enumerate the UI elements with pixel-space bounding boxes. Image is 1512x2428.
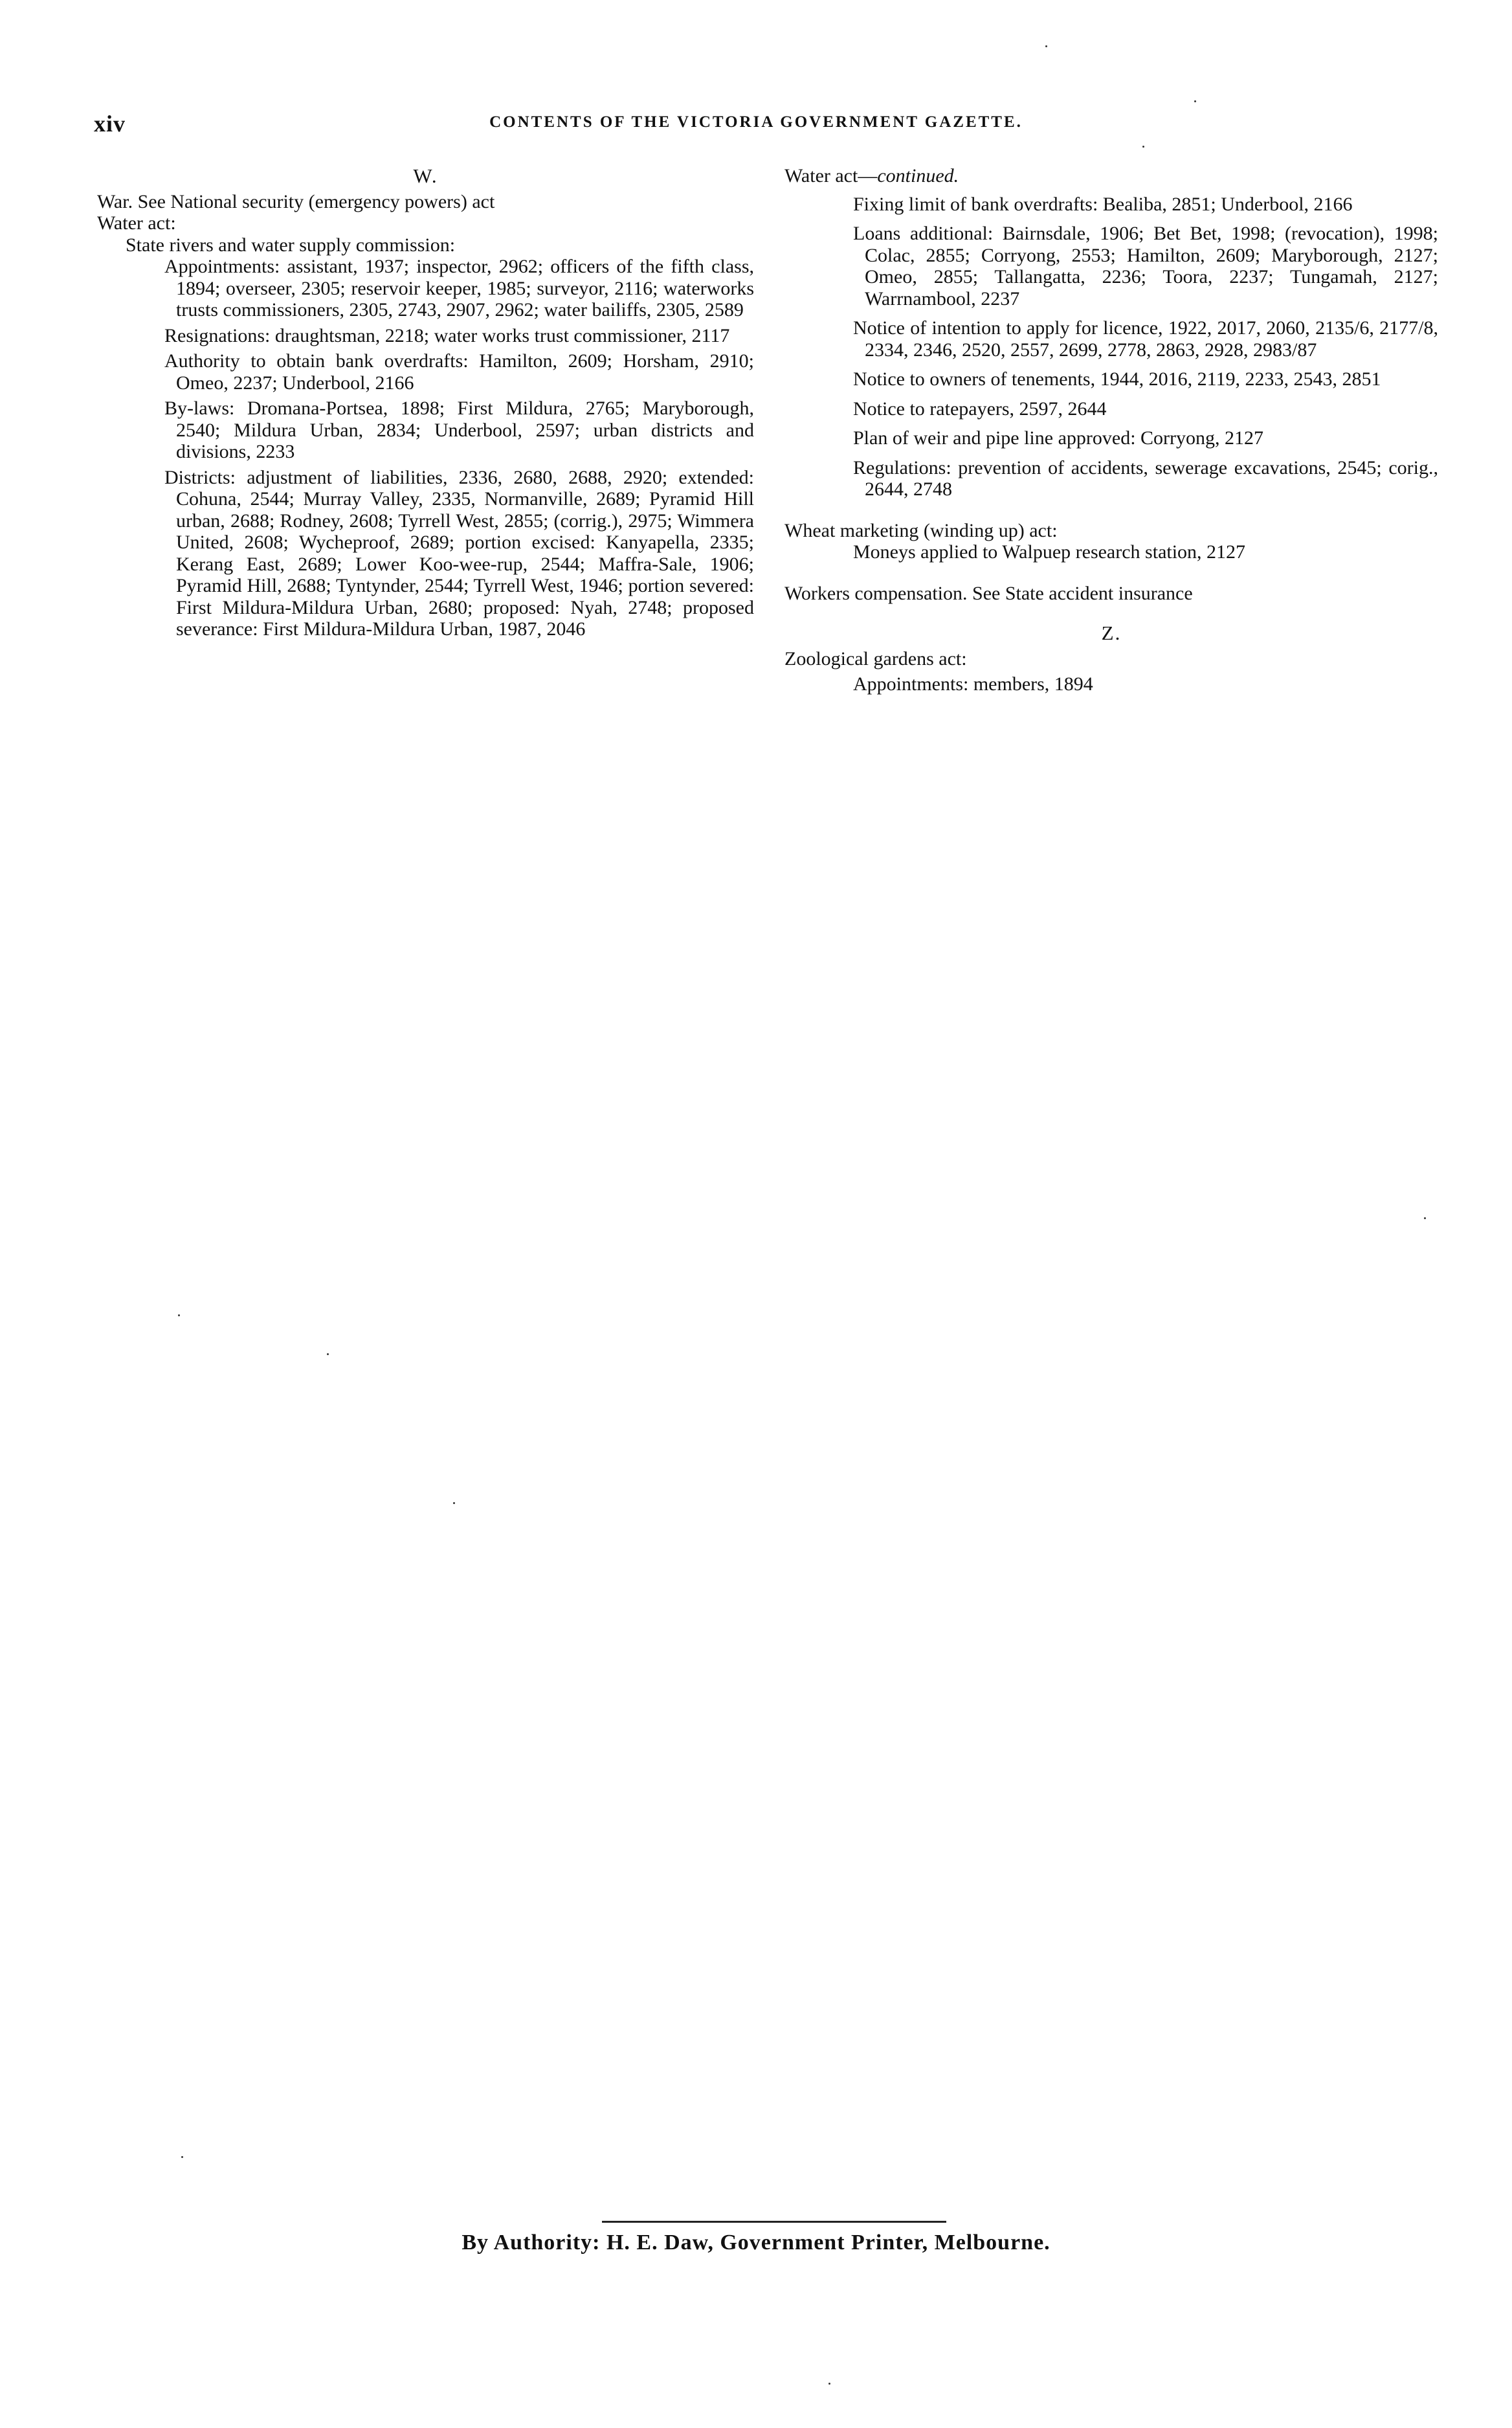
index-entry: Regulations: prevention of accidents, se…: [784, 457, 1438, 500]
index-entry: Notice to ratepayers, 2597, 2644: [784, 398, 1438, 420]
scan-speck: [1045, 45, 1047, 47]
scan-speck: [828, 2383, 830, 2385]
scan-speck: [178, 1314, 180, 1316]
index-heading-water-act: Water act:: [97, 212, 754, 234]
index-subheading-srwsc: State rivers and water supply commission…: [97, 234, 754, 256]
scan-speck: [181, 2156, 183, 2158]
index-entry: Moneys applied to Walpuep research stati…: [784, 541, 1438, 563]
scan-speck: [453, 1502, 455, 1504]
printer-imprint: By Authority: H. E. Daw, Government Prin…: [0, 2231, 1512, 2255]
scan-speck: [1142, 146, 1144, 148]
running-title: CONTENTS OF THE VICTORIA GOVERNMENT GAZE…: [0, 113, 1512, 131]
index-entry: Authority to obtain bank overdrafts: Ham…: [97, 350, 754, 394]
section-letter-z: Z.: [784, 622, 1438, 644]
index-entry: Resignations: draughtsman, 2218; water w…: [97, 325, 754, 347]
index-entry: Plan of weir and pipe line approved: Cor…: [784, 427, 1438, 449]
right-column: Water act—continued. Fixing limit of ban…: [784, 165, 1438, 695]
index-entry: Appointments: assistant, 1937; inspector…: [97, 256, 754, 321]
index-entry: Appointments: members, 1894: [784, 673, 1438, 695]
index-entry: By-laws: Dromana-Portsea, 1898; First Mi…: [97, 398, 754, 463]
scan-speck: [1424, 1217, 1426, 1219]
left-column: W. War. See National security (emergency…: [97, 165, 754, 644]
index-entry: Notice of intention to apply for licence…: [784, 317, 1438, 361]
index-heading-water-act-continued: Water act—continued.: [784, 165, 1438, 187]
footer-rule: [602, 2221, 946, 2223]
index-entry-workers-compensation: Workers compensation. See State accident…: [784, 583, 1438, 605]
scan-speck: [1194, 100, 1196, 102]
index-heading-zoological-gardens: Zoological gardens act:: [784, 648, 1438, 670]
section-letter-w: W.: [97, 165, 754, 187]
index-entry: Notice to owners of tenements, 1944, 201…: [784, 368, 1438, 390]
index-entry-war: War. See National security (emergency po…: [97, 191, 754, 213]
continued-label: continued.: [877, 165, 959, 186]
heading-text: Water act—: [784, 165, 877, 186]
index-entry: Loans additional: Bairnsdale, 1906; Bet …: [784, 223, 1438, 309]
index-entry: Districts: adjustment of liabilities, 23…: [97, 467, 754, 640]
index-entry: Fixing limit of bank overdrafts: Bealiba…: [784, 194, 1438, 216]
scan-speck: [327, 1353, 329, 1355]
index-heading-wheat-marketing: Wheat marketing (winding up) act:: [784, 520, 1438, 542]
